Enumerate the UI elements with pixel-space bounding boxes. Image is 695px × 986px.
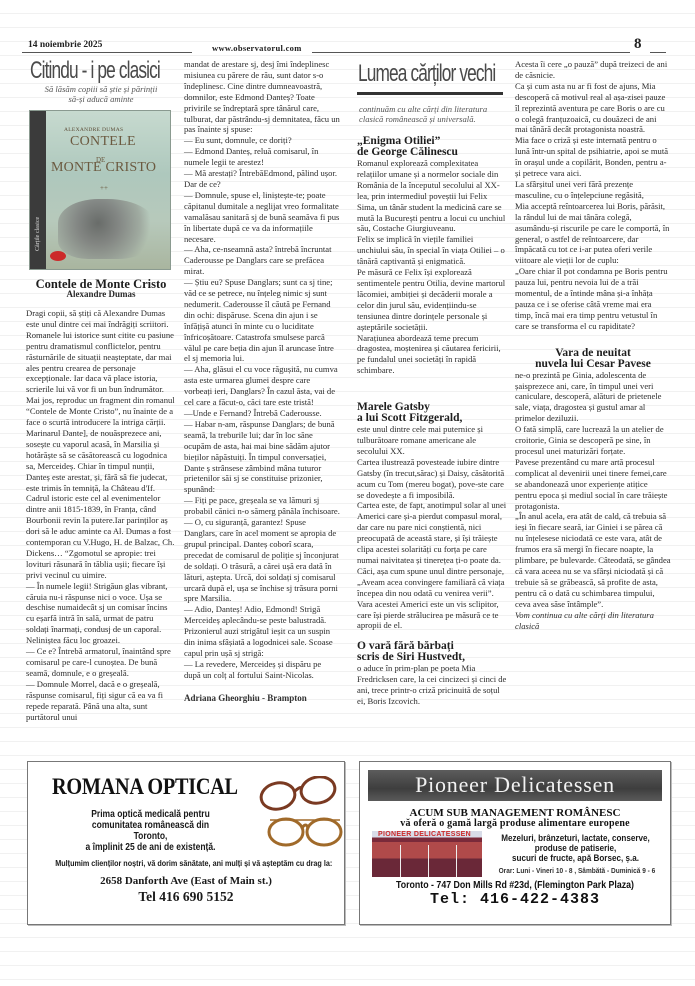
article-paragraph: — O, cu siguranță, garantez! Spuse Dangl… [184, 517, 340, 604]
cover-volume: ++ [100, 183, 108, 194]
ad-address: Toronto - 747 Don Mills Rd #23d, (Flemin… [379, 880, 652, 891]
ad-products: Mezeluri, brânzeturi, lactate, conserve,… [497, 833, 655, 863]
section-subtitle: continuăm cu alte cărți din literatura c… [357, 105, 507, 124]
ad-title: Pioneer Delicatessen [368, 772, 662, 798]
ad-banner: Pioneer Delicatessen [368, 770, 662, 801]
book-paragraph: Ca și cum asta nu ar fi fost de ajuns, M… [515, 81, 671, 136]
ad-subheadline: vă oferă o gamă largă produse alimentare… [360, 818, 670, 829]
ad-text-line: comunitatea românească din Toronto, [80, 820, 220, 842]
book-heading: O vară fără bărbați scris de Siri Hustve… [357, 641, 507, 663]
author-byline: Adriana Gheorghiu - Brampton [184, 693, 340, 704]
section-subtitle: Să lăsăm copiii să știe și părinții să-ș… [26, 85, 176, 104]
book-paragraph: La sfârșitul unei veri fără prezențe mas… [515, 179, 671, 201]
ad-title: ROMANA OPTICAL [52, 774, 238, 800]
ad-address: 2658 Danforth Ave (East of Main st.) [28, 875, 344, 887]
book-paragraph: Pe măsură ce Felix își explorează sentim… [357, 267, 507, 332]
article-paragraph: — Edmond Danteș, reluă comisarul, în num… [184, 146, 340, 168]
header-rule [312, 52, 630, 53]
ad-thanks: Mulțumim clienților noștri, vă dorim săn… [55, 858, 316, 868]
book-paragraph: Cartea ilustrează povesteade iubire dint… [357, 457, 507, 501]
article-paragraph: — Adio, Danteș! Adio, Edmond! Strigă Mer… [184, 604, 340, 659]
article-paragraph: — La revedere, Merceideș și dispăru pe d… [184, 659, 340, 681]
article-paragraph: Dragi copii, să știți că Alexandre Dumas… [26, 308, 176, 581]
column-3: Lumea cărților vechi continuăm cu alte c… [357, 59, 507, 707]
book-paragraph: „Oare chiar îl pot condamna pe Boris pen… [515, 266, 671, 331]
ad-text-line: produse de patiserie, [497, 843, 655, 853]
cover-illustration [58, 199, 158, 259]
spine-text: Cărțile clasice [33, 217, 44, 251]
article-paragraph: — Ce e? Întrebă armatorul, înaintând spr… [26, 646, 176, 679]
book-cover-image: Cărțile clasice ALEXANDRE DUMAS CONTELE … [29, 110, 171, 270]
article-paragraph: — Domnule, spuse el, liniștește-te; poat… [184, 190, 340, 245]
header-rule [22, 52, 192, 53]
book-paragraph: Mia face o criză și este internată pentr… [515, 135, 671, 179]
book-paragraph: ne-o prezintă pe Ginia, adolescenta de ș… [515, 370, 671, 425]
ad-text-line: Prima optică medicală pentru [80, 809, 220, 820]
column-2: mandat de arestare sj, desj îmi îndeplin… [184, 59, 340, 704]
window-divider [456, 845, 457, 877]
book-spine: Cărțile clasice [30, 111, 46, 269]
ad-phone[interactable]: Tel: 416-422-4383 [360, 891, 670, 908]
column-1: Citindu - i pe clasici Să lăsăm copiii s… [26, 58, 176, 722]
section-title: Lumea cărților vechi [358, 61, 465, 87]
cover-title: MONTE CRISTO [51, 163, 156, 174]
book-paragraph: Narațiunea abordează teme precum dragost… [357, 333, 507, 377]
storefront-sign: PIONEER DELICATESSEN [378, 831, 471, 838]
article-paragraph: — Mă arestați? ÎntrebăEdmond, pălind ușo… [184, 168, 340, 190]
article-paragraph: — Domnule Morrel, dacă e o greșeală, răs… [26, 679, 176, 723]
section-title: Citindu - i pe clasici [30, 58, 135, 84]
book-paragraph: Romanul explorează complexitatea relații… [357, 158, 507, 234]
ad-text-line: a împlinit 25 de ani de existență. [80, 842, 220, 853]
closing-note: Vom continua cu alte cărți din literatur… [515, 610, 671, 632]
article-paragraph: — Aha, glăsui el cu voce răgușită, nu cu… [184, 364, 340, 408]
book-paragraph: Căci, așa cum spune unul dintre personaj… [357, 566, 507, 599]
ad-text-line: sucuri de fructe, apă Borsec, ș.a. [497, 853, 655, 863]
book-paragraph: Felix se implică în viețile familiei unc… [357, 234, 507, 267]
article-paragraph: Neliniștea făcu loc groazei. [26, 635, 176, 646]
book-title: Vara de neuitat [515, 348, 671, 359]
book-paragraph: Cartea este, de fapt, anotimpul solar al… [357, 500, 507, 565]
window-divider [400, 845, 401, 877]
ad-romana-optical[interactable]: ROMANA OPTICAL Prima optică medicală pen… [27, 761, 345, 925]
article-author: Alexandre Dumas [26, 290, 176, 299]
ad-pioneer-delicatessen[interactable]: Pioneer Delicatessen ACUM SUB MANAGEMENT… [359, 761, 671, 925]
book-heading: Vara de neuitat nuvela lui Cesar Pavese [515, 348, 671, 370]
flower-icon [50, 251, 66, 261]
book-heading: Marele Gatsby a lui Scott Fitzgerald, [357, 402, 507, 424]
article-paragraph: — Habar n-am, răspunse Danglars; de bună… [184, 419, 340, 495]
cover-title: CONTELE [70, 137, 136, 148]
ad-hours: Orar: Luni - Vineri 10 - 8 , Sâmbătă - D… [499, 866, 654, 875]
book-heading: „Enigma Otiliei” de George Călinescu [357, 136, 507, 158]
book-paragraph: „În anul acela, era atât de cald, că tre… [515, 511, 671, 609]
book-author: de George Călinescu [357, 147, 507, 158]
book-author: scris de Siri Hustvedt, [357, 652, 507, 663]
book-paragraph: Pavese prezentând cu mare artă procesul … [515, 457, 671, 512]
header-rule [650, 52, 666, 53]
book-paragraph: O fată simplă, care lucrează la un ateli… [515, 424, 671, 457]
book-author: nuvela lui Cesar Pavese [515, 359, 671, 370]
book-paragraph: Acesta îi cere „o pauză” după treizeci d… [515, 59, 671, 81]
article-paragraph: — Fiți pe pace, greșeala se va lămuri sj… [184, 495, 340, 517]
ad-description: Prima optică medicală pentru comunitatea… [80, 809, 220, 853]
article-paragraph: — Știu eu? Spuse Danglars; sunt ca sj ti… [184, 277, 340, 364]
book-author: a lui Scott Fitzgerald, [357, 413, 507, 424]
column-4: Acesta îi cere „o pauză” după treizeci d… [515, 59, 671, 631]
book-paragraph: Mia acceptă reîntoarcerea lui Boris, păr… [515, 201, 671, 266]
eyeglasses-icon [256, 776, 344, 854]
book-paragraph: Vara acestei Americi este un vis sclipit… [357, 599, 507, 632]
ad-text-line: Mezeluri, brânzeturi, lactate, conserve, [497, 833, 655, 843]
ad-phone[interactable]: Tel 416 690 5152 [28, 889, 344, 905]
article-paragraph: — În numele legii! Strigăun glas vibrant… [26, 581, 176, 636]
article-paragraph: —Unde e Fernand? Întrebă Caderousse. [184, 408, 340, 419]
book-paragraph: este unul dintre cele mai puternice și t… [357, 424, 507, 457]
page-number: 8 [634, 36, 642, 53]
article-paragraph: mandat de arestare sj, desj îmi îndeplin… [184, 59, 340, 135]
title-underline [357, 92, 503, 95]
website-url[interactable]: www.observatorul.com [212, 43, 302, 53]
subtitle-line: să-și aducă aminte [26, 95, 176, 105]
newspaper-page: 14 noiembrie 2025 www.observatorul.com 8… [0, 0, 695, 986]
book-paragraph: o aduce în prim-plan pe poeta Mia Fredri… [357, 663, 507, 707]
issue-date: 14 noiembrie 2025 [28, 40, 102, 50]
article-paragraph: — Eu sunt, domnule, ce doriți? [184, 135, 340, 146]
storefront-photo: PIONEER DELICATESSEN [372, 831, 482, 877]
window-divider [428, 845, 429, 877]
article-paragraph: — Aha, ce-nseamnă asta? întrebă încrunta… [184, 244, 340, 277]
